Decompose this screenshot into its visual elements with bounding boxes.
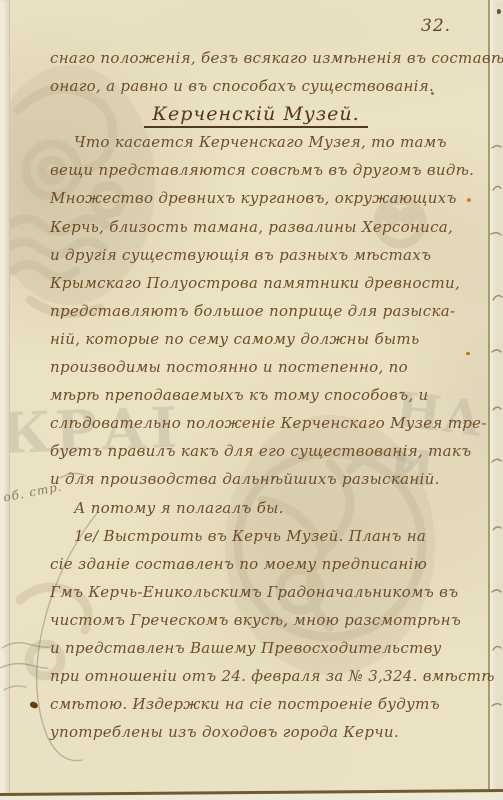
manuscript-line: Гмъ Керчь-Еникольскимъ Градоначальникомъ… — [50, 578, 462, 606]
left-page-edge — [0, 0, 10, 800]
stain-speck — [466, 352, 470, 355]
stain-speck — [467, 198, 471, 202]
manuscript-line: Что касается Керченскаго Музея, то тамъ — [50, 128, 462, 156]
manuscript-line: и представленъ Вашему Превосходительству — [50, 634, 462, 662]
manuscript-line: представляютъ большое поприще для разыск… — [50, 297, 462, 325]
manuscript-line: и для производства дальнѣйшихъ разыскані… — [50, 465, 462, 493]
manuscript-line: Крымскаго Полуострова памятники древност… — [50, 269, 462, 297]
section-heading: Керченскій Музей. — [50, 100, 462, 128]
manuscript-line: слѣдовательно положеніе Керченскаго Музе… — [50, 409, 462, 437]
manuscript-line: смѣтою. Издержки на сіе построеніе будут… — [50, 690, 462, 718]
manuscript-line: и другія существующія въ разныхъ мѣстахъ — [50, 241, 462, 269]
manuscript-line: 1е/ Выстроить въ Керчь Музей. Планъ на — [50, 522, 462, 550]
manuscript-line: Керчь, близость тамана, развалины Херсон… — [50, 213, 462, 241]
manuscript-line: буетъ правилъ какъ для его существованія… — [50, 437, 462, 465]
ink-blot — [29, 701, 39, 710]
manuscript-line: ній, которые по сему самому должны быть — [50, 325, 462, 353]
manuscript-line: снаго положенія, безъ всякаго измѣненія … — [50, 44, 462, 72]
manuscript-line: мѣрѣ преподаваемыхъ къ тому способовъ, и — [50, 381, 462, 409]
manuscript-line: сіе зданіе составленъ по моему предписан… — [50, 550, 462, 578]
manuscript-line: чистомъ Греческомъ вкусѣ, мною разсмотрѣ… — [50, 606, 462, 634]
manuscript-line: вещи представляются совсѣмъ въ другомъ в… — [50, 156, 462, 184]
manuscript-line: Множество древнихъ кургановъ, окружающих… — [50, 184, 462, 212]
manuscript-line: при отношеніи отъ 24. февраля за № 3,324… — [50, 662, 462, 690]
manuscript-line: онаго, а равно и въ способахъ существова… — [50, 72, 462, 100]
bottom-page-edge — [0, 789, 503, 800]
stain-speck — [497, 9, 501, 14]
manuscript-line: употреблены изъ доходовъ города Керчи. — [50, 718, 462, 746]
text-block: снаго положенія, безъ всякаго измѣненія … — [50, 44, 462, 746]
manuscript-line: А потому я полагалъ бы. — [50, 494, 462, 522]
section-heading-text: Керченскій Музей. — [144, 103, 367, 128]
manuscript-line: производимы постоянно и постепенно, по — [50, 353, 462, 381]
manuscript-page: КРАІ НА И — [0, 0, 503, 800]
page-number: 32. — [421, 16, 451, 36]
